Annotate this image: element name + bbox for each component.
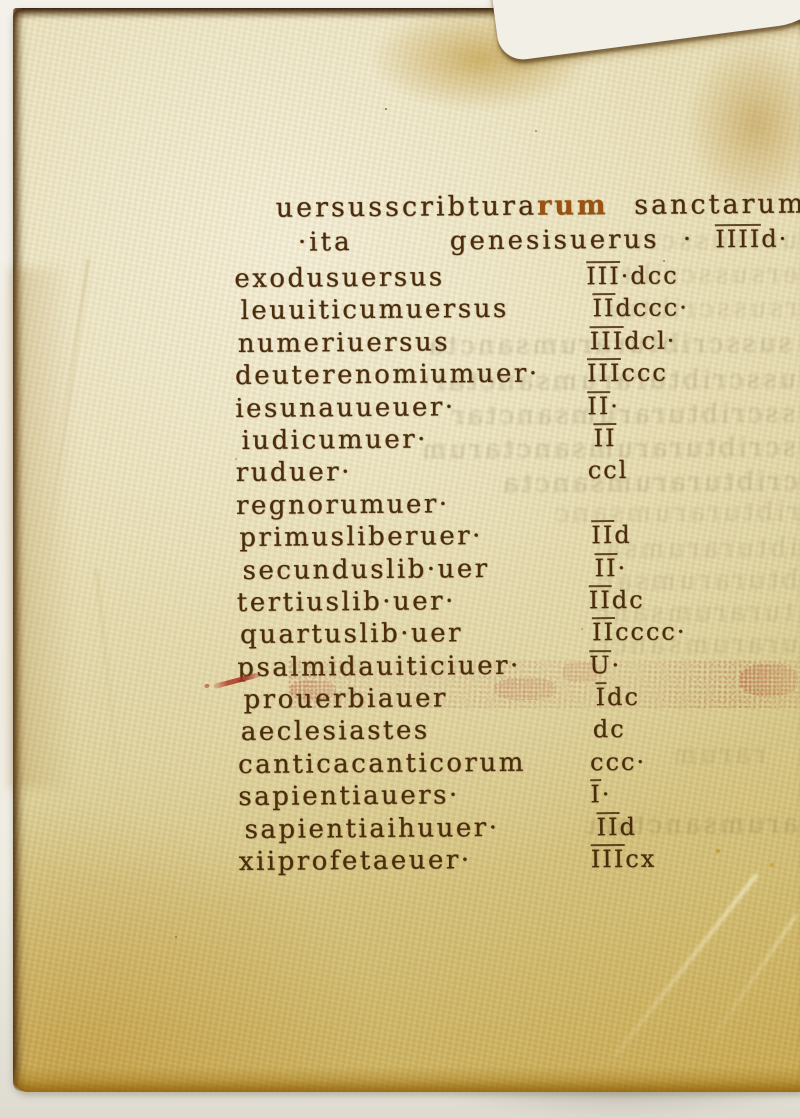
verse-count-rest: cccc· <box>615 618 687 647</box>
book-name: RUDUER· <box>236 457 352 488</box>
verse-count-thousands: II <box>592 293 615 321</box>
verse-count-rest: · <box>617 553 627 581</box>
verse-count-rest: ccc <box>621 359 668 387</box>
entry-row: RUDUER·ccl <box>236 453 796 490</box>
page-heading: UERSUSSCRIBTURARUM SANCTARUM <box>234 189 800 224</box>
entry-row: IESUNAUUEUER·II· <box>235 388 795 425</box>
book-name: IESUNAUUEUER· <box>235 392 455 424</box>
verse-count-rest: dcl· <box>624 326 676 354</box>
verse-count-thousands: II <box>589 585 612 613</box>
entry-row: SAPIENTIAUERS·I· <box>238 777 798 814</box>
verse-count-thousands: II <box>587 391 610 419</box>
verse-count-rest: ·dcc <box>621 262 679 290</box>
book-name: IUDICUMUER· <box>241 424 428 455</box>
verse-count-thousands: II <box>592 617 615 645</box>
book-name: QUARTUSLIB·UER <box>240 619 463 651</box>
heading-main: UERSUSSCRIBTURA <box>276 191 538 224</box>
entry-row: REGNORUMUER· <box>236 485 796 522</box>
verse-count: Idc <box>595 681 640 714</box>
verse-count-thousands: II <box>591 520 614 548</box>
verse-count: IId <box>591 519 632 552</box>
verse-count-thousands: U <box>589 650 611 678</box>
verse-count-thousands: II <box>594 553 617 581</box>
heading-sanctarum: SANCTARUM <box>634 189 800 221</box>
book-name: XIIPROFETAEUER· <box>239 845 472 877</box>
verse-count: IIIcx <box>591 843 657 876</box>
verse-count: II· <box>587 390 620 423</box>
book-name: SAPIENTIAIHUUER· <box>244 813 499 845</box>
verse-count: I· <box>590 778 611 811</box>
verse-count: IIdc <box>589 584 645 617</box>
verse-count-rest: · <box>611 651 621 679</box>
genesis-line: ·ITA GENESISUERUS · IIIId· <box>234 224 789 258</box>
separator-dot: · <box>683 224 695 254</box>
verse-count-thousands: II <box>596 812 619 840</box>
book-name: SECUNDUSLIB·UER <box>242 554 489 586</box>
entry-row: LEUUITICUMUERSUSIIdccc· <box>240 291 800 328</box>
entry-row: EXODUSUERSUSIII·dcc <box>234 259 794 296</box>
verse-count: III·dcc <box>586 260 679 293</box>
book-name: GENESISUERUS <box>450 225 660 257</box>
verse-count: II <box>593 422 616 455</box>
book-name: SAPIENTIAUERS· <box>238 781 460 813</box>
text-block: UERSUSSCRIBTURARUM SANCTARUM ·ITA GENESI… <box>0 0 800 1118</box>
book-name: NUMERIUERSUS <box>238 327 451 359</box>
book-name: PRIMUSLIBERUER· <box>239 521 483 553</box>
entry-row: PRIMUSLIBERUER·IId <box>239 518 799 555</box>
entry-row: QUARTUSLIB·UERIIcccc· <box>240 615 800 652</box>
entry-row: TERTIUSLIB·UER·IIdc <box>237 583 797 620</box>
book-name: TERTIUSLIB·UER· <box>237 586 456 618</box>
entry-row: XIIPROFETAEUER·IIIcx <box>239 842 799 879</box>
book-name: PSALMIDAUITICIUER· <box>237 650 521 682</box>
entry-row: NUMERIUERSUSIIIdcl· <box>238 323 798 360</box>
entries-list: EXODUSUERSUSIII·dccLEUUITICUMUERSUSIIdcc… <box>234 259 799 879</box>
book-name: AECLESIASTES <box>241 716 430 747</box>
verse-count-thousands: IIII <box>715 224 761 253</box>
verse-count-rest: · <box>610 392 620 420</box>
verse-count: IIIId· <box>715 225 788 254</box>
verse-count: IIIccc <box>587 357 668 390</box>
verse-count: IId <box>596 811 637 844</box>
verse-count-rest: dc <box>612 586 645 614</box>
book-name: CANTICACANTICORUM <box>238 748 526 780</box>
verse-count-rest: d <box>614 521 632 549</box>
manuscript-scan: { "document": { "type": "manuscript-parc… <box>0 0 800 1118</box>
verse-count: II· <box>594 551 627 584</box>
verse-count-thousands: III <box>586 261 621 289</box>
verse-count-rest: cx <box>625 845 656 873</box>
verse-count: ccl <box>588 454 629 487</box>
entry-row: SECUNDUSLIB·UERII· <box>242 550 800 587</box>
verse-count-rest: d· <box>761 225 788 253</box>
verse-count: IIcccc· <box>592 616 687 649</box>
verse-count: dc <box>593 713 626 746</box>
verse-count: IIIdcl· <box>590 324 677 357</box>
verse-count-rest: · <box>602 780 612 808</box>
verse-count-thousands: III <box>590 326 625 354</box>
entry-row: SAPIENTIAIHUUER·IId <box>244 809 800 846</box>
ita-label: ·ITA <box>298 227 353 257</box>
verse-count-rest: dc <box>593 715 626 743</box>
book-name: LEUUITICUMUERSUS <box>240 294 508 326</box>
book-name: PROUERBIAUER <box>243 683 448 715</box>
book-name: EXODUSUERSUS <box>234 262 445 294</box>
verse-count-thousands: I <box>590 779 602 807</box>
verse-count-rest: dccc· <box>615 294 689 323</box>
entry-row: CANTICACANTICORUMccc· <box>238 744 798 781</box>
entry-row: DEUTERENOMIUMUER·IIIccc <box>235 356 795 393</box>
verse-count-thousands: I <box>595 682 607 710</box>
book-name: REGNORUMUER· <box>236 489 450 521</box>
entry-row: PSALMIDAUITICIUER·U· <box>237 647 797 684</box>
verse-count-rest: ccc· <box>590 748 646 776</box>
verse-count: U· <box>589 649 621 682</box>
entry-row: AECLESIASTESdc <box>241 712 800 749</box>
verse-count-thousands: III <box>591 844 626 872</box>
book-name: DEUTERENOMIUMUER· <box>235 359 540 391</box>
entry-row: PROUERBIAUERIdc <box>243 680 800 717</box>
verse-count-rest: ccl <box>588 456 629 484</box>
verse-count-rest: dc <box>607 683 640 711</box>
entry-row: IUDICUMUER·II <box>241 421 800 458</box>
verse-count-thousands: II <box>593 423 616 451</box>
verse-count: IIdccc· <box>592 292 689 325</box>
verse-count: ccc· <box>590 746 646 779</box>
heading-accent: RUM <box>537 190 609 222</box>
verse-count-thousands: III <box>587 358 622 386</box>
verse-count-rest: d <box>619 813 637 841</box>
